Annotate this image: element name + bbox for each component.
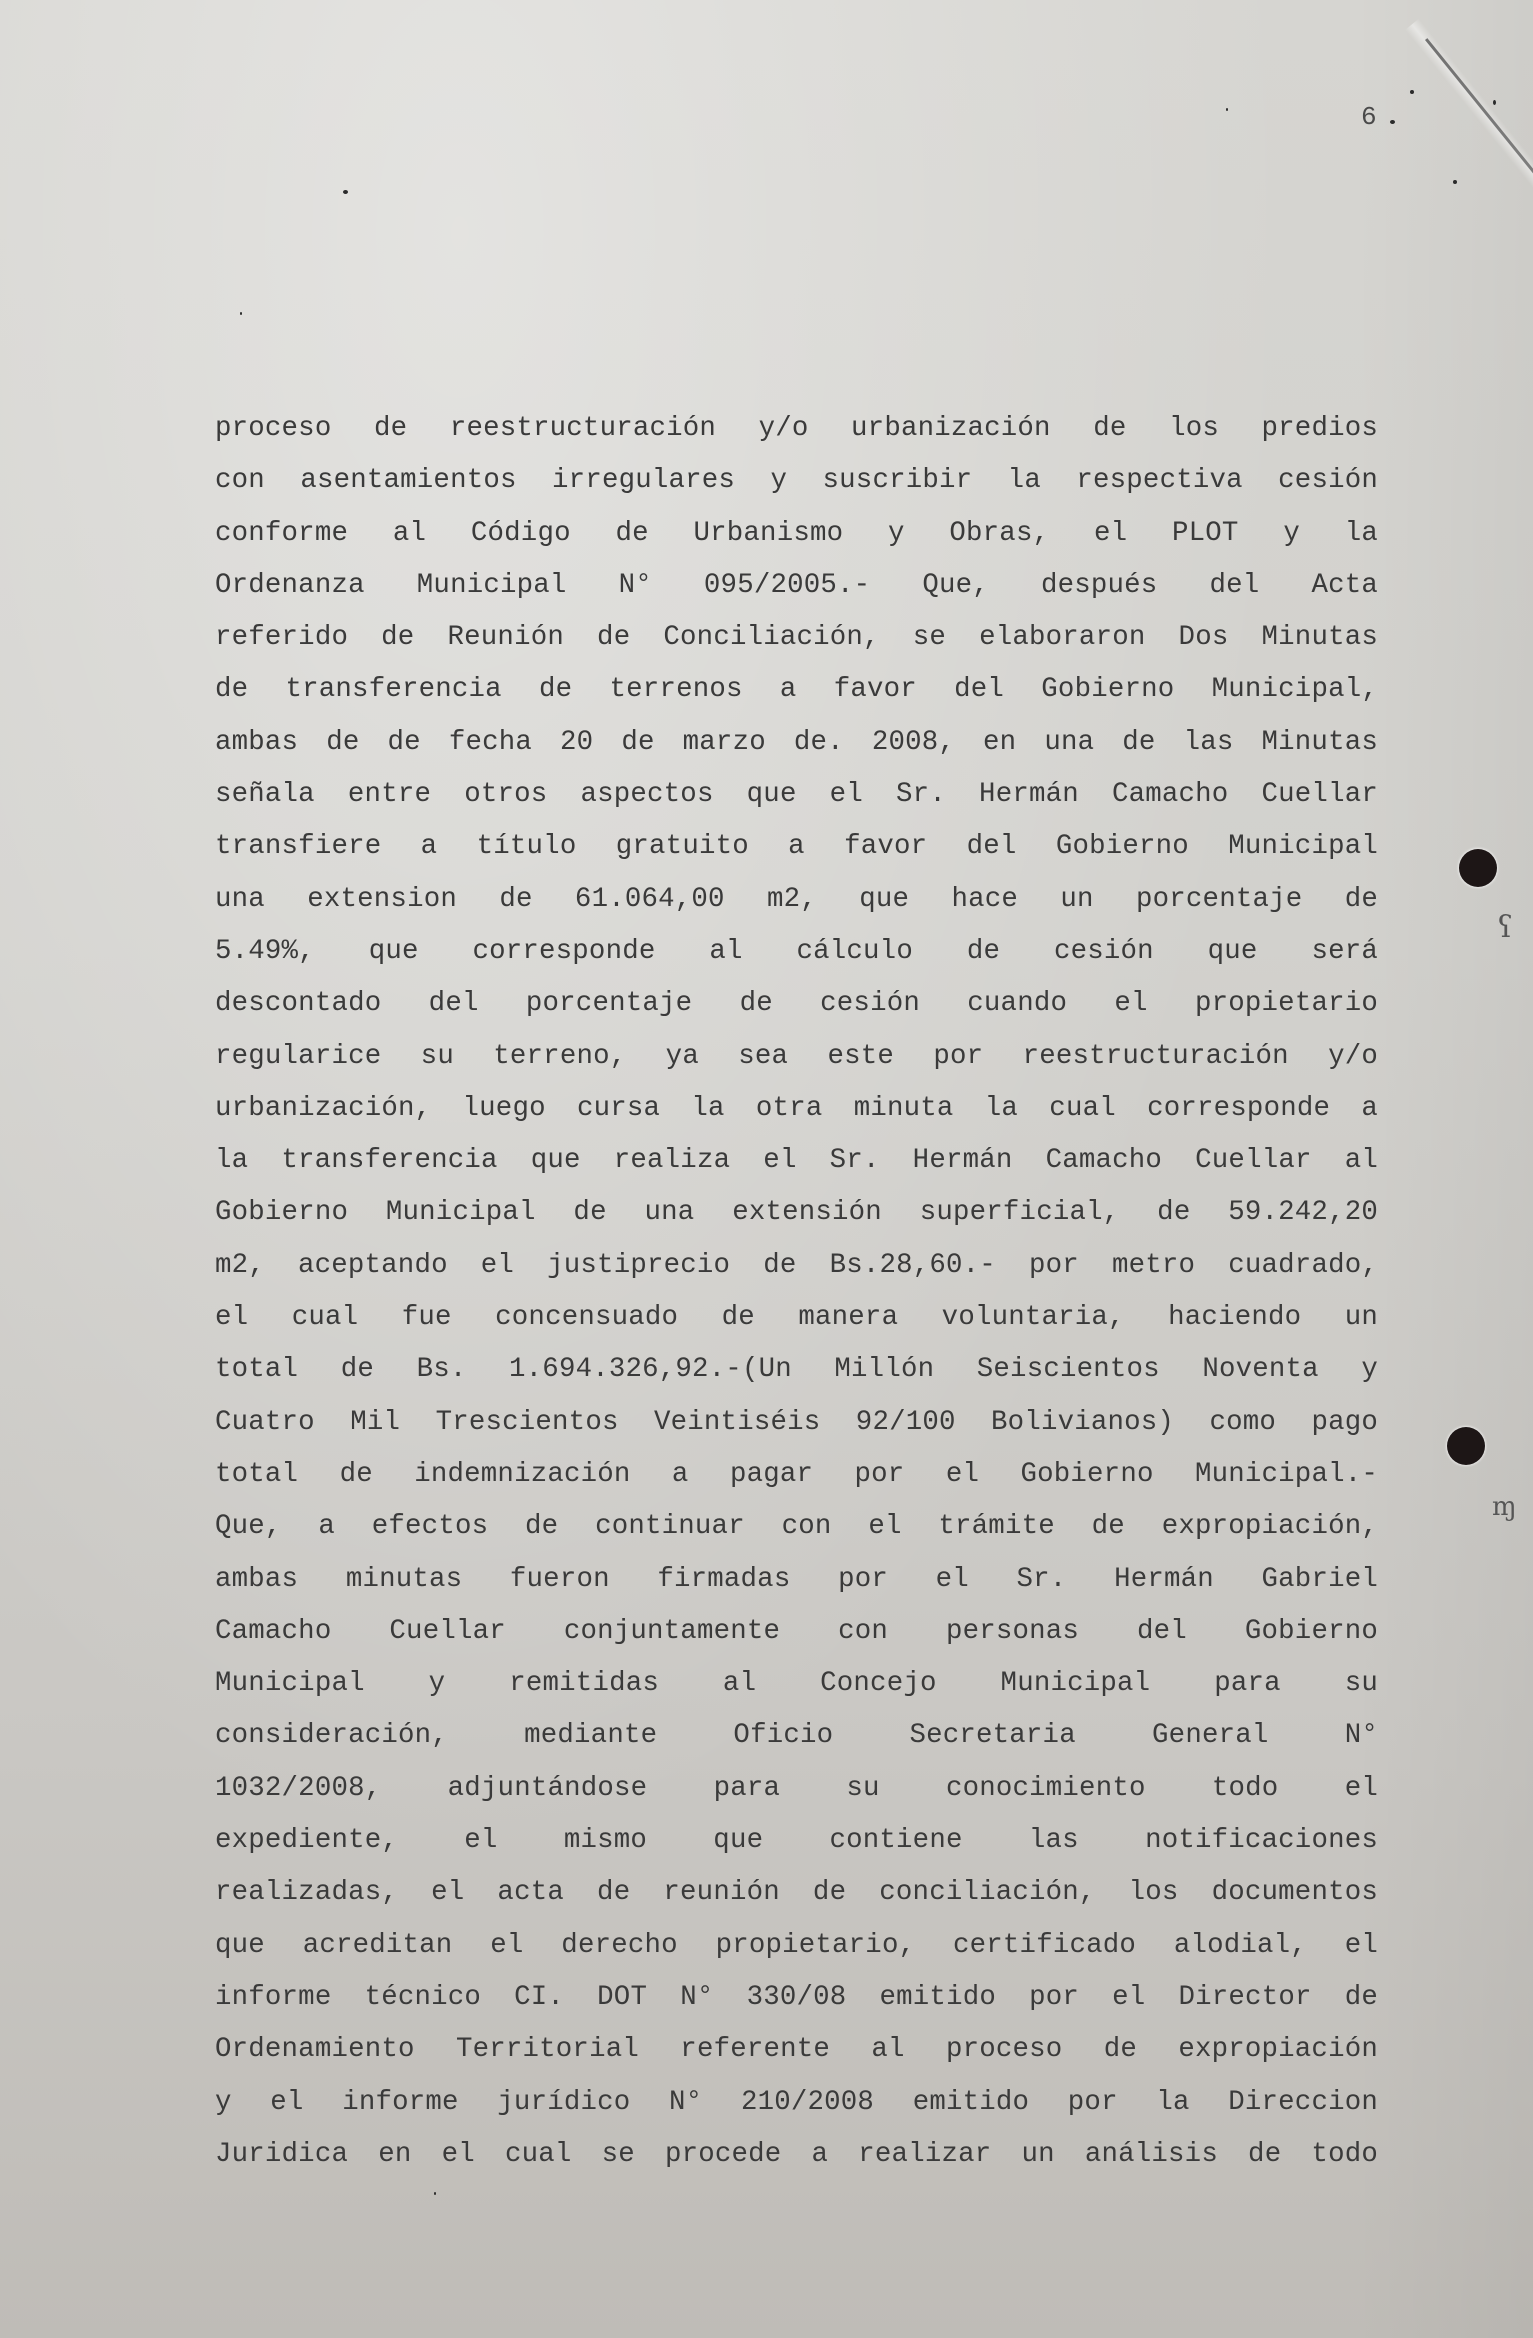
text-line: con asentamientos irregulares y suscribi… xyxy=(215,455,1378,507)
text-line: transfiere a título gratuito a favor del… xyxy=(215,821,1378,873)
text-line: la transferencia que realiza el Sr. Herm… xyxy=(215,1135,1378,1187)
text-line: Que, a efectos de continuar con el trámi… xyxy=(215,1501,1378,1553)
text-line: 1032/2008, adjuntándose para su conocimi… xyxy=(215,1763,1378,1815)
text-line: expediente, el mismo que contiene las no… xyxy=(215,1815,1378,1867)
text-line: Camacho Cuellar conjuntamente con person… xyxy=(215,1606,1378,1658)
paper-shadow xyxy=(1353,0,1533,2338)
text-line: el cual fue concensuado de manera volunt… xyxy=(215,1292,1378,1344)
text-line: Ordenanza Municipal N° 095/2005.- Que, d… xyxy=(215,560,1378,612)
text-line: 5.49%, que corresponde al cálculo de ces… xyxy=(215,926,1378,978)
text-line: regularice su terreno, ya sea este por r… xyxy=(215,1031,1378,1083)
page-number: 6 xyxy=(1361,102,1377,132)
speck xyxy=(1410,90,1414,94)
text-line: m2, aceptando el justiprecio de Bs.28,60… xyxy=(215,1240,1378,1292)
text-line: Juridica en el cual se procede a realiza… xyxy=(215,2129,1378,2181)
punch-hole-bottom xyxy=(1447,1427,1485,1465)
speck xyxy=(434,2192,436,2195)
text-line: y el informe jurídico N° 210/2008 emitid… xyxy=(215,2077,1378,2129)
text-line: ambas de de fecha 20 de marzo de. 2008, … xyxy=(215,717,1378,769)
text-line: señala entre otros aspectos que el Sr. H… xyxy=(215,769,1378,821)
punch-hole-top xyxy=(1459,849,1497,887)
text-line: total de indemnización a pagar por el Go… xyxy=(215,1449,1378,1501)
speck xyxy=(1453,180,1457,184)
text-line: Municipal y remitidas al Concejo Municip… xyxy=(215,1658,1378,1710)
speck xyxy=(1226,108,1228,111)
speck xyxy=(240,312,242,315)
speck xyxy=(1390,120,1395,124)
text-line: conforme al Código de Urbanismo y Obras,… xyxy=(215,508,1378,560)
text-line: total de Bs. 1.694.326,92.-(Un Millón Se… xyxy=(215,1344,1378,1396)
text-line: descontado del porcentaje de cesión cuan… xyxy=(215,978,1378,1030)
text-line: realizadas, el acta de reunión de concil… xyxy=(215,1867,1378,1919)
text-line: Cuatro Mil Trescientos Veintiséis 92/100… xyxy=(215,1397,1378,1449)
text-line: proceso de reestructuración y/o urbaniza… xyxy=(215,403,1378,455)
text-line: una extension de 61.064,00 m2, que hace … xyxy=(215,874,1378,926)
speck xyxy=(343,190,348,194)
text-line: consideración, mediante Oficio Secretari… xyxy=(215,1710,1378,1762)
text-line: de transferencia de terrenos a favor del… xyxy=(215,664,1378,716)
text-line: urbanización, luego cursa la otra minuta… xyxy=(215,1083,1378,1135)
document-body: proceso de reestructuración y/o urbaniza… xyxy=(215,403,1378,2181)
text-line: informe técnico CI. DOT N° 330/08 emitid… xyxy=(215,1972,1378,2024)
text-line: Ordenamiento Territorial referente al pr… xyxy=(215,2024,1378,2076)
speck xyxy=(1493,100,1496,105)
scanned-page: 6 ʕ ɱ proceso de reestructuración y/o ur… xyxy=(0,0,1533,2338)
pencil-mark: ɱ xyxy=(1492,1492,1517,1522)
text-line: ambas minutas fueron firmadas por el Sr.… xyxy=(215,1554,1378,1606)
text-line: referido de Reunión de Conciliación, se … xyxy=(215,612,1378,664)
pencil-mark: ʕ xyxy=(1497,910,1513,945)
text-line: que acreditan el derecho propietario, ce… xyxy=(215,1920,1378,1972)
text-line: Gobierno Municipal de una extensión supe… xyxy=(215,1187,1378,1239)
